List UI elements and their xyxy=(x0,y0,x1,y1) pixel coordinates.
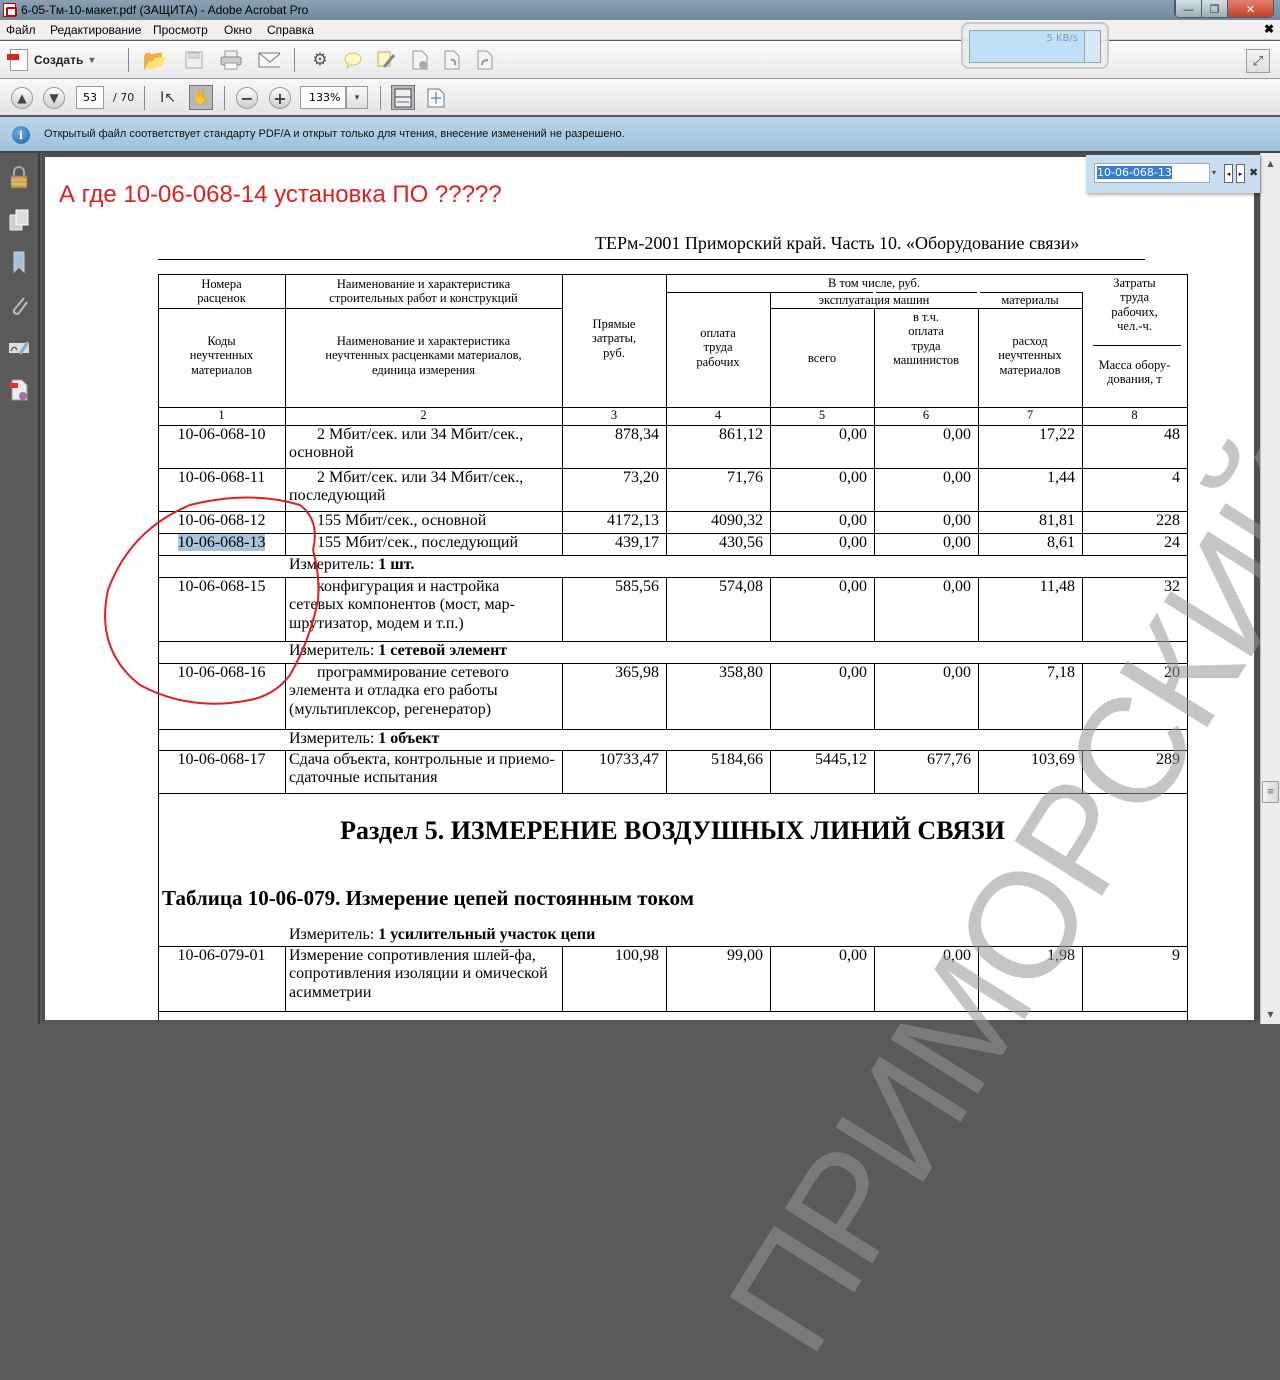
zoom-in-icon[interactable]: + xyxy=(269,87,291,109)
measure-row: Измеритель: 1 усилительный участок цепи xyxy=(289,926,889,944)
document-properties-icon[interactable] xyxy=(8,378,30,402)
rate-code: 10-06-079-01 xyxy=(158,947,285,965)
table-rule xyxy=(285,663,286,729)
table-rule xyxy=(285,425,286,468)
red-annotation-text: А где 10-06-068-14 установка ПО ????? xyxy=(59,181,502,209)
find-close-icon[interactable]: ✖ xyxy=(1249,166,1258,179)
measure-value: 1 объект xyxy=(378,730,439,747)
value-machines: 0,00 xyxy=(770,534,867,552)
next-page-icon[interactable]: ▼ xyxy=(43,87,65,109)
value-materials: 1,98 xyxy=(978,947,1075,965)
text-edit-icon[interactable] xyxy=(375,49,397,71)
value-machines: 0,00 xyxy=(770,426,867,444)
work-name: Измерение сопротивления шлей-фа, сопроти… xyxy=(289,947,558,1002)
menu-window[interactable]: Окно xyxy=(224,23,252,37)
measure-value: 1 усилительный участок цепи xyxy=(378,926,595,943)
save-icon[interactable] xyxy=(183,49,205,71)
value-hours: 289 xyxy=(1082,751,1180,769)
value-hours: 228 xyxy=(1082,512,1180,530)
table-rule xyxy=(1187,663,1188,729)
table-rule xyxy=(1187,577,1188,641)
window-controls: — ❐ ✕ xyxy=(1174,0,1274,18)
value-machines: 0,00 xyxy=(770,512,867,530)
scroll-down-icon[interactable]: ▼ xyxy=(1261,1006,1280,1022)
value-hours: 32 xyxy=(1082,578,1180,596)
table-rule xyxy=(770,308,1083,309)
table-rule xyxy=(285,750,286,793)
column-number: 7 xyxy=(978,408,1082,422)
vertical-scrollbar[interactable]: ▲ ≡ ▼ xyxy=(1260,153,1280,1024)
download-speed-widget: 5 KB/s xyxy=(961,22,1109,69)
value-labor: 99,00 xyxy=(666,947,763,965)
table-rule xyxy=(1187,750,1188,793)
measure-label: Измеритель: xyxy=(289,642,374,659)
fullscreen-expand-icon[interactable]: ⤢ xyxy=(1246,49,1270,73)
find-input[interactable]: 10-06-068-13 xyxy=(1094,163,1210,183)
comment-icon[interactable] xyxy=(342,49,364,71)
value-materials: 81,81 xyxy=(978,512,1075,530)
table-rule xyxy=(1187,641,1188,663)
delete-page-icon[interactable] xyxy=(409,49,431,71)
restore-button[interactable]: ❐ xyxy=(1201,0,1227,18)
rate-code: 10-06-068-17 xyxy=(158,751,285,769)
header-machines: эксплуатация машин xyxy=(770,293,978,307)
zoom-level-input[interactable]: 133% xyxy=(300,86,346,109)
previous-page-icon[interactable]: ▲ xyxy=(11,87,33,109)
header-direct-costs: Прямые затраты, руб. xyxy=(562,317,666,360)
info-message: Открытый файл соответствует стандарту PD… xyxy=(44,128,625,140)
value-labor: 574,08 xyxy=(666,578,763,596)
value-labor: 430,56 xyxy=(666,534,763,552)
header-material-codes: Коды неучтенных материалов xyxy=(158,334,285,377)
value-hours: 9 xyxy=(1082,947,1180,965)
value-operators: 0,00 xyxy=(874,534,971,552)
column-number: 6 xyxy=(874,408,978,422)
gear-icon[interactable]: ⚙ xyxy=(309,49,331,71)
table-rule xyxy=(285,533,286,555)
close-document-icon[interactable]: ✖ xyxy=(1264,22,1274,36)
value-operators: 0,00 xyxy=(874,664,971,682)
rate-code: 10-06-068-11 xyxy=(158,469,285,487)
download-arrow-icon[interactable] xyxy=(1084,31,1100,62)
measure-label: Измеритель: xyxy=(289,556,374,573)
find-query: 10-06-068-13 xyxy=(1097,166,1172,179)
value-direct: 100,98 xyxy=(562,947,659,965)
header-material-consumption: расход неучтенных материалов xyxy=(978,334,1082,377)
table-rule xyxy=(1187,533,1188,555)
value-operators: 0,00 xyxy=(874,512,971,530)
value-direct: 878,34 xyxy=(562,426,659,444)
measure-value: 1 сетевой элемент xyxy=(378,642,507,659)
work-name: 2 Мбит/сек. или 34 Мбит/сек., основной xyxy=(289,426,558,463)
table-rule xyxy=(1187,946,1188,1011)
page-edge xyxy=(42,1020,1260,1024)
value-direct: 365,98 xyxy=(562,664,659,682)
find-dropdown-icon[interactable]: ▾ xyxy=(1212,168,1216,177)
scroll-up-icon[interactable]: ▲ xyxy=(1261,155,1280,171)
rate-code: 10-06-068-13 xyxy=(158,534,285,552)
value-materials: 11,48 xyxy=(978,578,1075,596)
signatures-icon[interactable] xyxy=(8,336,30,360)
security-lock-icon[interactable] xyxy=(8,165,30,189)
header-labor-pay: оплата труда рабочих xyxy=(666,326,770,369)
table-rule xyxy=(1187,468,1188,511)
close-window-button[interactable]: ✕ xyxy=(1227,0,1273,18)
rate-code: 10-06-068-10 xyxy=(158,426,285,444)
measure-row: Измеритель: 1 объект xyxy=(289,730,889,748)
value-hours: 20 xyxy=(1082,664,1180,682)
rotate-page-icon[interactable] xyxy=(441,49,463,71)
table-rule xyxy=(1187,425,1188,468)
table-rule xyxy=(285,946,286,1011)
measure-label: Измеритель: xyxy=(289,730,374,747)
navigation-pane xyxy=(0,153,40,1024)
value-labor: 4090,32 xyxy=(666,512,763,530)
email-icon[interactable] xyxy=(258,49,280,71)
table-rule xyxy=(285,577,286,641)
attachments-paperclip-icon[interactable] xyxy=(8,293,30,317)
value-operators: 0,00 xyxy=(874,947,971,965)
search-highlight: 10-06-068-13 xyxy=(178,534,266,551)
value-hours: 4 xyxy=(1082,469,1180,487)
create-button[interactable]: Создать ▾ xyxy=(10,49,94,71)
value-operators: 0,00 xyxy=(874,469,971,487)
menu-file[interactable]: Файл xyxy=(6,23,36,37)
header-work-name: Наименование и характеристика строительн… xyxy=(285,277,562,306)
table-rule xyxy=(1093,345,1181,346)
print-icon[interactable] xyxy=(220,49,242,71)
value-machines: 5445,12 xyxy=(770,751,867,769)
header-operator-pay: в т.ч. оплата труда машинистов xyxy=(874,310,978,368)
table-title: Таблица 10-06-079. Измерение цепей посто… xyxy=(162,886,694,911)
zoom-out-icon[interactable]: − xyxy=(236,87,258,109)
column-number: 4 xyxy=(666,408,770,422)
value-machines: 0,00 xyxy=(770,469,867,487)
measure-row: Измеритель: 1 сетевой элемент xyxy=(289,642,889,660)
header-labor-hours: Затраты труда рабочих, чел.-ч. xyxy=(1082,276,1187,334)
create-pdf-icon xyxy=(10,49,28,71)
pages-thumbnails-icon[interactable] xyxy=(8,208,30,232)
page-total: / 70 xyxy=(113,91,134,104)
measure-label: Измеритель: xyxy=(289,926,374,943)
value-materials: 103,69 xyxy=(978,751,1075,769)
column-number: 3 xyxy=(562,408,666,422)
value-hours: 24 xyxy=(1082,534,1180,552)
value-direct: 585,56 xyxy=(562,578,659,596)
hand-tool-icon[interactable]: ✋ xyxy=(189,85,213,110)
value-labor: 5184,66 xyxy=(666,751,763,769)
section-title: Раздел 5. ИЗМЕРЕНИЕ ВОЗДУШНЫХ ЛИНИЙ СВЯЗ… xyxy=(158,816,1187,846)
create-label: Создать xyxy=(34,53,83,67)
value-machines: 0,00 xyxy=(770,578,867,596)
table-rule xyxy=(158,1011,1188,1012)
menu-edit[interactable]: Редактирование xyxy=(50,23,141,37)
table-rule xyxy=(1187,511,1188,533)
column-number: 2 xyxy=(285,408,562,422)
work-name: 155 Мбит/сек., основной xyxy=(289,512,558,530)
value-materials: 7,18 xyxy=(978,664,1075,682)
scroll-thumb[interactable]: ≡ xyxy=(1262,781,1279,803)
value-machines: 0,00 xyxy=(770,947,867,965)
table-rule xyxy=(285,511,286,533)
table-rule xyxy=(158,308,563,309)
select-tool-icon[interactable]: I↖ xyxy=(156,85,180,110)
column-number: 5 xyxy=(770,408,874,422)
table-rule xyxy=(1187,729,1188,750)
menu-help[interactable]: Справка xyxy=(267,23,314,37)
value-operators: 677,76 xyxy=(874,751,971,769)
value-direct: 10733,47 xyxy=(562,751,659,769)
table-rule xyxy=(158,555,159,577)
header-rate-numbers: Номера расценок xyxy=(158,277,285,306)
value-materials: 1,44 xyxy=(978,469,1075,487)
find-next-icon[interactable]: ▸ xyxy=(1236,164,1245,183)
open-folder-icon[interactable]: 📂 xyxy=(144,49,166,71)
measure-value: 1 шт. xyxy=(378,556,414,573)
rate-code: 10-06-068-15 xyxy=(158,578,285,596)
running-header: ТЕРм-2001 Приморский край. Часть 10. «Об… xyxy=(595,233,1079,254)
value-machines: 0,00 xyxy=(770,664,867,682)
value-labor: 358,80 xyxy=(666,664,763,682)
rate-code: 10-06-068-16 xyxy=(158,664,285,682)
menu-view[interactable]: Просмотр xyxy=(153,23,208,37)
find-previous-icon[interactable]: ◂ xyxy=(1224,164,1233,183)
value-hours: 48 xyxy=(1082,426,1180,444)
chevron-down-icon: ▾ xyxy=(89,55,94,66)
header-including: В том числе, руб. xyxy=(666,276,1082,290)
table-rule xyxy=(1187,274,1188,425)
value-operators: 0,00 xyxy=(874,578,971,596)
fit-page-icon[interactable] xyxy=(424,85,448,110)
value-direct: 73,20 xyxy=(562,469,659,487)
zoom-dropdown-icon[interactable]: ▾ xyxy=(346,86,368,109)
header-equipment-mass: Масса обору- дования, т xyxy=(1082,358,1187,387)
find-toolbar: 10-06-068-13 ▾ ◂ ▸ ✖ xyxy=(1086,155,1260,193)
measure-row: Измеритель: 1 шт. xyxy=(289,556,889,574)
column-number: 1 xyxy=(158,408,285,422)
download-speed: 5 KB/s xyxy=(1046,33,1078,44)
value-operators: 0,00 xyxy=(874,426,971,444)
rate-code: 10-06-068-12 xyxy=(158,512,285,530)
bookmarks-icon[interactable] xyxy=(8,250,30,274)
minimize-button[interactable]: — xyxy=(1175,0,1201,18)
table-rule xyxy=(158,729,159,750)
window-title: 6-05-Тм-10-макет.pdf (ЗАЩИТА) - Adobe Ac… xyxy=(21,3,308,17)
acrobat-pdf-icon xyxy=(3,3,16,17)
table-rule xyxy=(158,274,1188,275)
work-name: Сдача объекта, контрольные и приемо-сдат… xyxy=(289,751,558,788)
table-rule xyxy=(158,793,1188,794)
value-materials: 8,61 xyxy=(978,534,1075,552)
header-materials: материалы xyxy=(978,293,1082,307)
work-name: конфигурация и настройка сетевых компоне… xyxy=(289,578,558,633)
column-number: 8 xyxy=(1082,408,1187,422)
value-direct: 4172,13 xyxy=(562,512,659,530)
extract-page-icon[interactable] xyxy=(474,49,496,71)
value-labor: 71,76 xyxy=(666,469,763,487)
page-number-input[interactable]: 53 xyxy=(76,86,104,109)
work-name: программирование сетевого элемента и отл… xyxy=(289,664,558,719)
fit-width-icon[interactable] xyxy=(391,85,415,110)
value-direct: 439,17 xyxy=(562,534,659,552)
table-rule xyxy=(1187,555,1188,577)
header-material-name: Наименование и характеристика неучтенных… xyxy=(285,334,562,377)
work-name: 2 Мбит/сек. или 34 Мбит/сек., последующи… xyxy=(289,469,558,506)
header-machines-total: всего xyxy=(770,351,874,365)
pdfa-info-bar: i Открытый файл соответствует стандарту … xyxy=(0,117,1280,153)
value-materials: 17,22 xyxy=(978,426,1075,444)
window-titlebar: 6-05-Тм-10-макет.pdf (ЗАЩИТА) - Adobe Ac… xyxy=(0,0,1280,20)
info-icon: i xyxy=(12,126,30,144)
work-name: 155 Мбит/сек., последующий xyxy=(289,534,558,552)
value-labor: 861,12 xyxy=(666,426,763,444)
table-rule xyxy=(158,641,159,663)
header-rule xyxy=(158,259,1145,260)
table-rule xyxy=(285,468,286,511)
